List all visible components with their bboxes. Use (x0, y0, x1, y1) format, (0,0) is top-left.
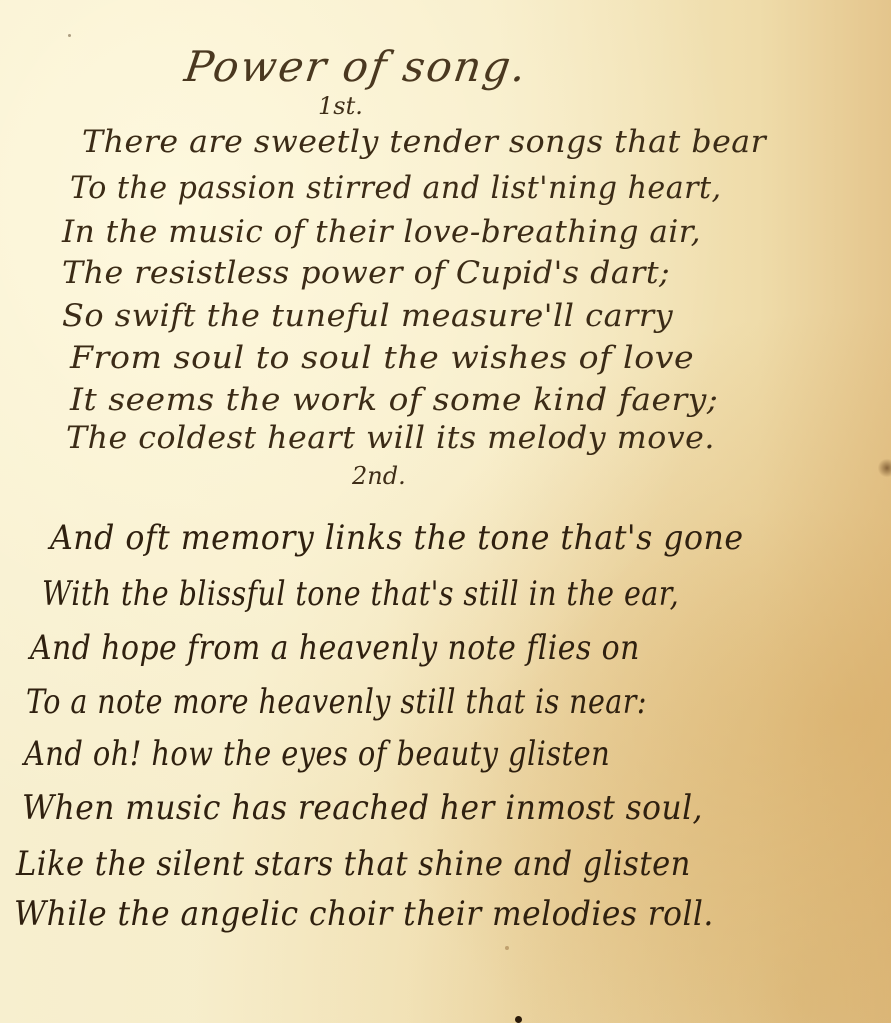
manuscript-page: Power of song. 1st. There are sweetly te… (0, 0, 891, 1023)
poem-line: To the passion stirred and list'ning hea… (70, 170, 722, 206)
poem-line: There are sweetly tender songs that bear (82, 124, 766, 160)
poem-line: Like the silent stars that shine and gli… (16, 844, 691, 884)
ink-dot (515, 1016, 522, 1023)
poem-line: When music has reached her inmost soul, (22, 788, 703, 828)
poem: Power of song. 1st. There are sweetly te… (0, 0, 891, 1023)
poem-title: Power of song. (182, 42, 531, 91)
stanza-label-second: 2nd. (352, 462, 406, 490)
poem-line: And oh! how the eyes of beauty glisten (24, 734, 610, 774)
poem-line: And oft memory links the tone that's gon… (50, 518, 744, 558)
poem-line: It seems the work of some kind faery; (70, 382, 718, 418)
poem-line: To a note more heavenly still that is ne… (26, 682, 647, 722)
poem-line: So swift the tuneful measure'll carry (62, 298, 673, 334)
poem-line: The resistless power of Cupid's dart; (62, 255, 670, 291)
stanza-label-first: 1st. (318, 92, 363, 120)
poem-line: While the angelic choir their melodies r… (14, 894, 714, 934)
poem-line: The coldest heart will its melody move. (66, 420, 715, 456)
poem-line: And hope from a heavenly note flies on (30, 628, 640, 668)
poem-line: From soul to soul the wishes of love (70, 340, 694, 376)
poem-line: With the blissful tone that's still in t… (42, 574, 679, 614)
poem-line: In the music of their love-breathing air… (62, 214, 701, 250)
